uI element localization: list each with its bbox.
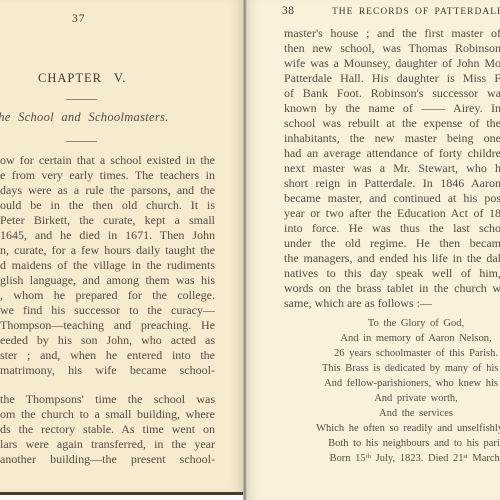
body-text-line: then new school, was Thomas Robinson bbox=[284, 41, 500, 56]
memorial-line: And the services bbox=[284, 406, 500, 421]
body-text-line: matrimony, his wife became school- bbox=[0, 363, 215, 378]
right-page: 38 THE RECORDS OF PATTERDALE. master's h… bbox=[247, 0, 500, 500]
body-text-line: known by the name of —— Airey. In bbox=[284, 101, 500, 116]
section-title: The School and Schoolmasters. bbox=[0, 110, 169, 125]
memorial-inscription: To the Glory of God,And in memory of Aar… bbox=[284, 316, 500, 466]
running-header: THE RECORDS OF PATTERDALE. bbox=[332, 7, 500, 17]
body-text-line: wife was a Mounsey, daughter of John Mo bbox=[284, 56, 500, 71]
body-text-line: e from very early times. The teachers in bbox=[0, 168, 215, 183]
memorial-line: And fellow-parishioners, who knew his p bbox=[284, 376, 500, 391]
body-text-line: Patterdale Hall. His daughter is Miss F bbox=[284, 71, 500, 86]
body-text-line: n, curate, for a few hours daily taught … bbox=[0, 243, 215, 258]
body-text-line: next master was a Mr. Stewart, who h bbox=[284, 161, 500, 176]
body-text-line: same, which are as follows :— bbox=[284, 296, 500, 311]
body-text-line: of Bank Foot. Robinson's successor wa bbox=[284, 86, 500, 101]
memorial-line: This Brass is dedicated by many of his f… bbox=[284, 361, 500, 376]
body-text-line: inhabitants, the new master being one La… bbox=[284, 131, 500, 146]
memorial-line: Born 15ᵗʰ July, 1823. Died 21ˢᵗ March, bbox=[284, 451, 500, 466]
left-body-paragraph-1: ow for certain that a school existed in … bbox=[0, 153, 215, 378]
ornament-rule-bottom bbox=[66, 141, 97, 142]
chapter-heading: CHAPTER V. bbox=[38, 71, 126, 86]
left-body-paragraph-2: the Thompsons' time the school wasom the… bbox=[0, 392, 215, 467]
body-text-line: ould be in the then old church. It is bbox=[0, 198, 215, 213]
body-text-line: into force. He was thus the last scho bbox=[284, 221, 500, 236]
ornament-rule-top bbox=[66, 99, 97, 100]
body-text-line: Thompson—teaching and preaching. He bbox=[0, 318, 215, 333]
body-text-line: the Thompsons' time the school was bbox=[0, 392, 215, 407]
memorial-line: To the Glory of God, bbox=[284, 316, 500, 331]
body-text-line: ow for certain that a school existed in … bbox=[0, 153, 215, 168]
right-page-number: 38 bbox=[282, 5, 295, 17]
left-page-number: 37 bbox=[72, 13, 86, 25]
body-text-line: another building—the present school- bbox=[0, 452, 215, 467]
right-body: master's house ; and the first master of… bbox=[284, 26, 500, 311]
memorial-line: And private worth, bbox=[284, 391, 500, 406]
body-text-line: eeded by his son John, who acted as bbox=[0, 333, 215, 348]
body-text-line: lars were again transferred, in the year bbox=[0, 437, 215, 452]
body-text-line: became master, and continued at his pos bbox=[284, 191, 500, 206]
body-text-line: the managers, and ended his life in the … bbox=[284, 251, 500, 266]
body-text-line: ds the rectory stable. As time went on bbox=[0, 422, 215, 437]
body-text-line: d maidens of the village in the rudiment… bbox=[0, 258, 215, 273]
body-text-line: words on the brass tablet in the church … bbox=[284, 281, 500, 296]
body-text-line: days were as a rule the parsons, and the bbox=[0, 183, 215, 198]
body-text-line: had an average attendance of forty child… bbox=[284, 146, 500, 161]
memorial-line: Both to his neighbours and to his paris bbox=[284, 436, 500, 451]
body-text-line: glish language, and among them was his bbox=[0, 273, 215, 288]
body-text-line: natives to this day speak well of him, bbox=[284, 266, 500, 281]
body-text-line: 1645, and he died in 1671. Then John bbox=[0, 228, 215, 243]
body-text-line: under the old regime. He then becam bbox=[284, 236, 500, 251]
memorial-line: Which he often so readily and unselfishl… bbox=[284, 421, 500, 436]
body-text-line: we find his successor to the curacy— bbox=[0, 303, 215, 318]
right-body-lines: master's house ; and the first master of… bbox=[284, 26, 500, 296]
body-text-line: school was rebuilt at the expense of the bbox=[284, 116, 500, 131]
body-text-line: , whom he prepared for the college. bbox=[0, 288, 215, 303]
body-text-line: master's house ; and the first master of bbox=[284, 26, 500, 41]
book-scan: 37 CHAPTER V. The School and Schoolmaste… bbox=[0, 0, 500, 500]
left-page: 37 CHAPTER V. The School and Schoolmaste… bbox=[0, 0, 243, 495]
body-text-line: year or two after the Education Act of 1… bbox=[284, 206, 500, 221]
body-text-line: short reign in Patterdale. In 1846 Aaron bbox=[284, 176, 500, 191]
body-text-line: Peter Birkett, the curate, kept a small bbox=[0, 213, 215, 228]
body-text-line: om the church to a small building, where bbox=[0, 407, 215, 422]
memorial-line: 26 years schoolmaster of this Parish. bbox=[284, 346, 500, 361]
memorial-line: And in memory of Aaron Nelson, bbox=[284, 331, 500, 346]
body-text-line: ster ; and, when he entered into the bbox=[0, 348, 215, 363]
